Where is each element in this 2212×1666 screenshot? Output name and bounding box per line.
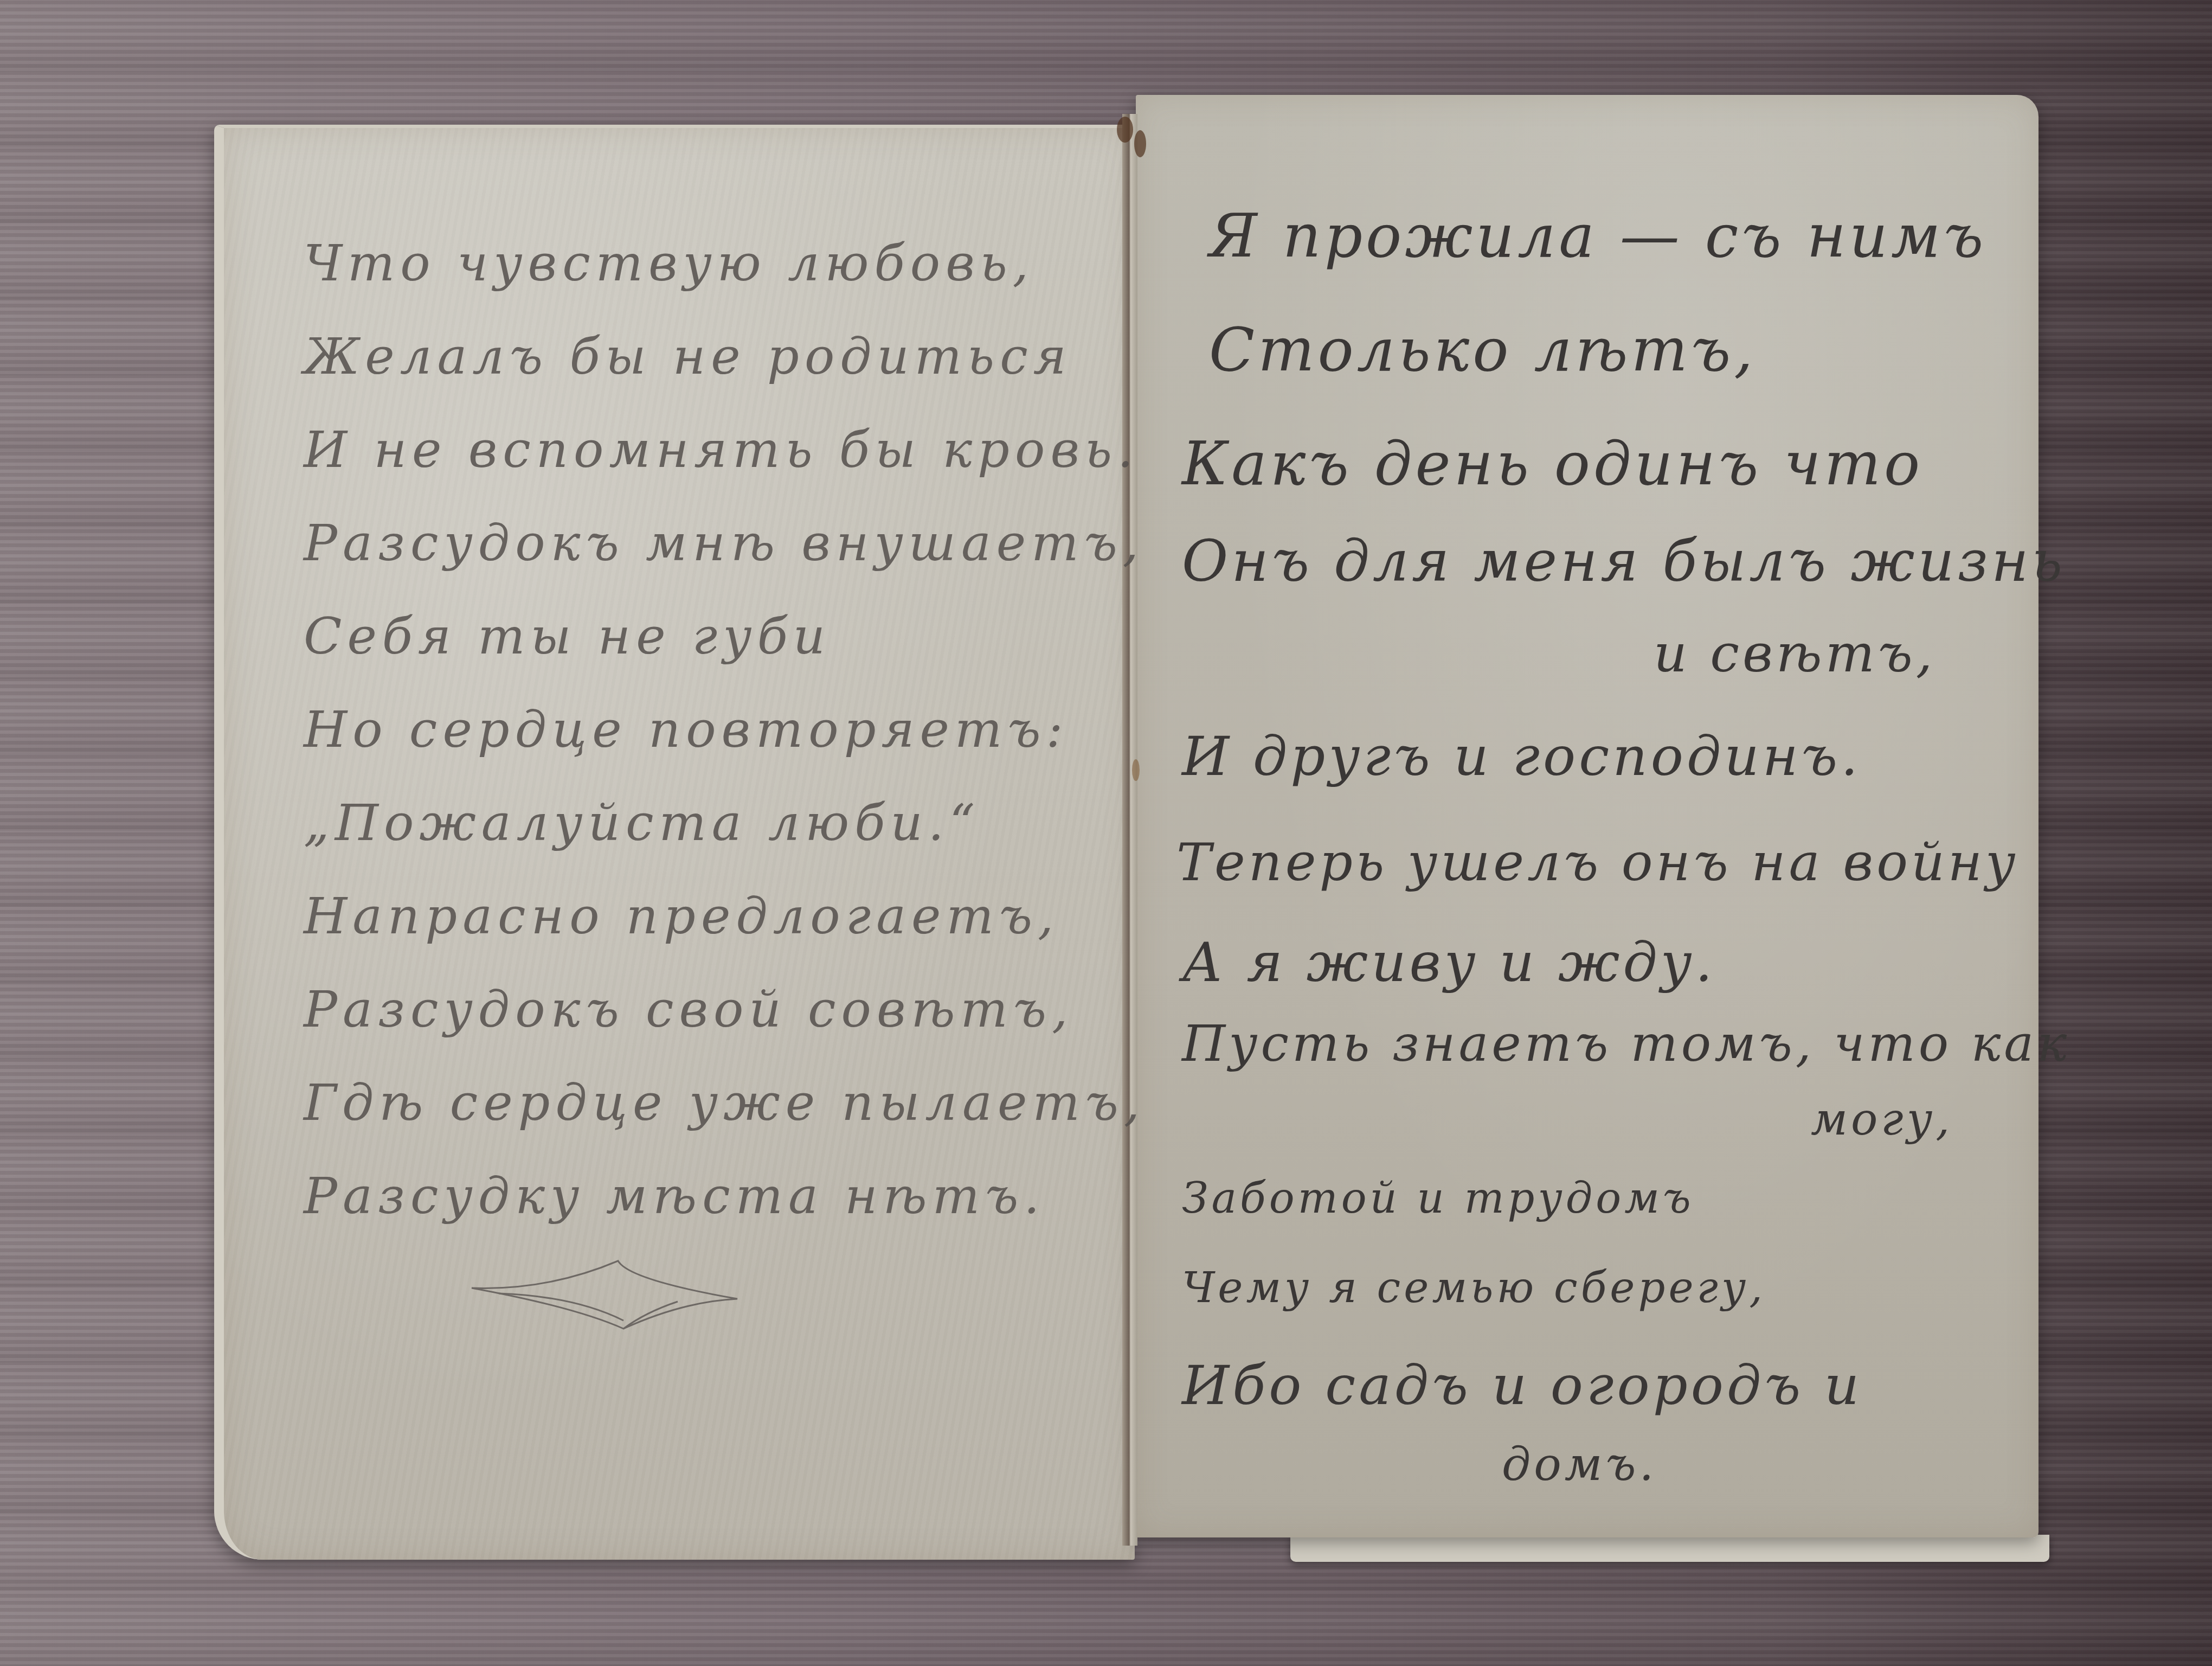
poem-line: Разсудокъ мнѣ внушаетъ, [304,497,1090,590]
left-page-poem: Что чувствую любовь, Желалъ бы не родить… [304,217,1090,1243]
spine-stain [1134,130,1146,157]
poem-line: могу, [1166,1079,2033,1161]
notebook-spine [1122,114,1137,1546]
poem-line: „Пожалуйста люби.“ [304,777,1090,870]
poem-line: Чему я семью сберегу, [1166,1236,2033,1340]
poem-line: и свѣтъ, [1166,602,2033,705]
diamond-flourish-ornament [466,1258,748,1340]
poem-line: Ибо садъ и огородъ и [1166,1340,2033,1432]
poem-line: Напрасно предлогаетъ, [304,870,1090,963]
poem-line: Я прожила — съ нимъ [1166,179,2033,293]
poem-line: Онъ для меня былъ жизнь [1166,521,2033,602]
page-stack-edge [1290,1535,2049,1562]
poem-line: домъ. [1166,1432,2033,1497]
poem-line: Что чувствую любовь, [304,217,1090,310]
poem-line: И другъ и господинъ. [1166,705,2033,808]
poem-line: Столько лѣтъ, [1166,293,2033,407]
spine-stain [1132,759,1140,781]
poem-line: Себя ты не губи [304,590,1090,683]
poem-line: А я живу и жду. [1166,917,2033,1009]
right-page-poem: Я прожила — съ нимъСтолько лѣтъ,Какъ ден… [1166,179,2033,1497]
poem-line: И не вспомнять бы кровь. [304,403,1090,497]
poem-line: Гдѣ сердце уже пылаетъ, [304,1056,1090,1150]
poem-line: Теперь ушелъ онъ на войну [1166,808,2033,917]
poem-line: Но сердце повторяетъ: [304,683,1090,777]
poem-line: Пусть знаетъ томъ, что как [1166,1009,2033,1079]
poem-line: Какъ день одинъ что [1166,407,2033,521]
poem-line: Разсудку мѣста нѣтъ. [304,1150,1090,1243]
poem-line: Желалъ бы не родиться [304,310,1090,403]
spine-stain [1117,117,1133,143]
poem-line: Заботой и трудомъ [1166,1161,2033,1236]
poem-line: Разсудокъ свой совѣтъ, [304,963,1090,1056]
